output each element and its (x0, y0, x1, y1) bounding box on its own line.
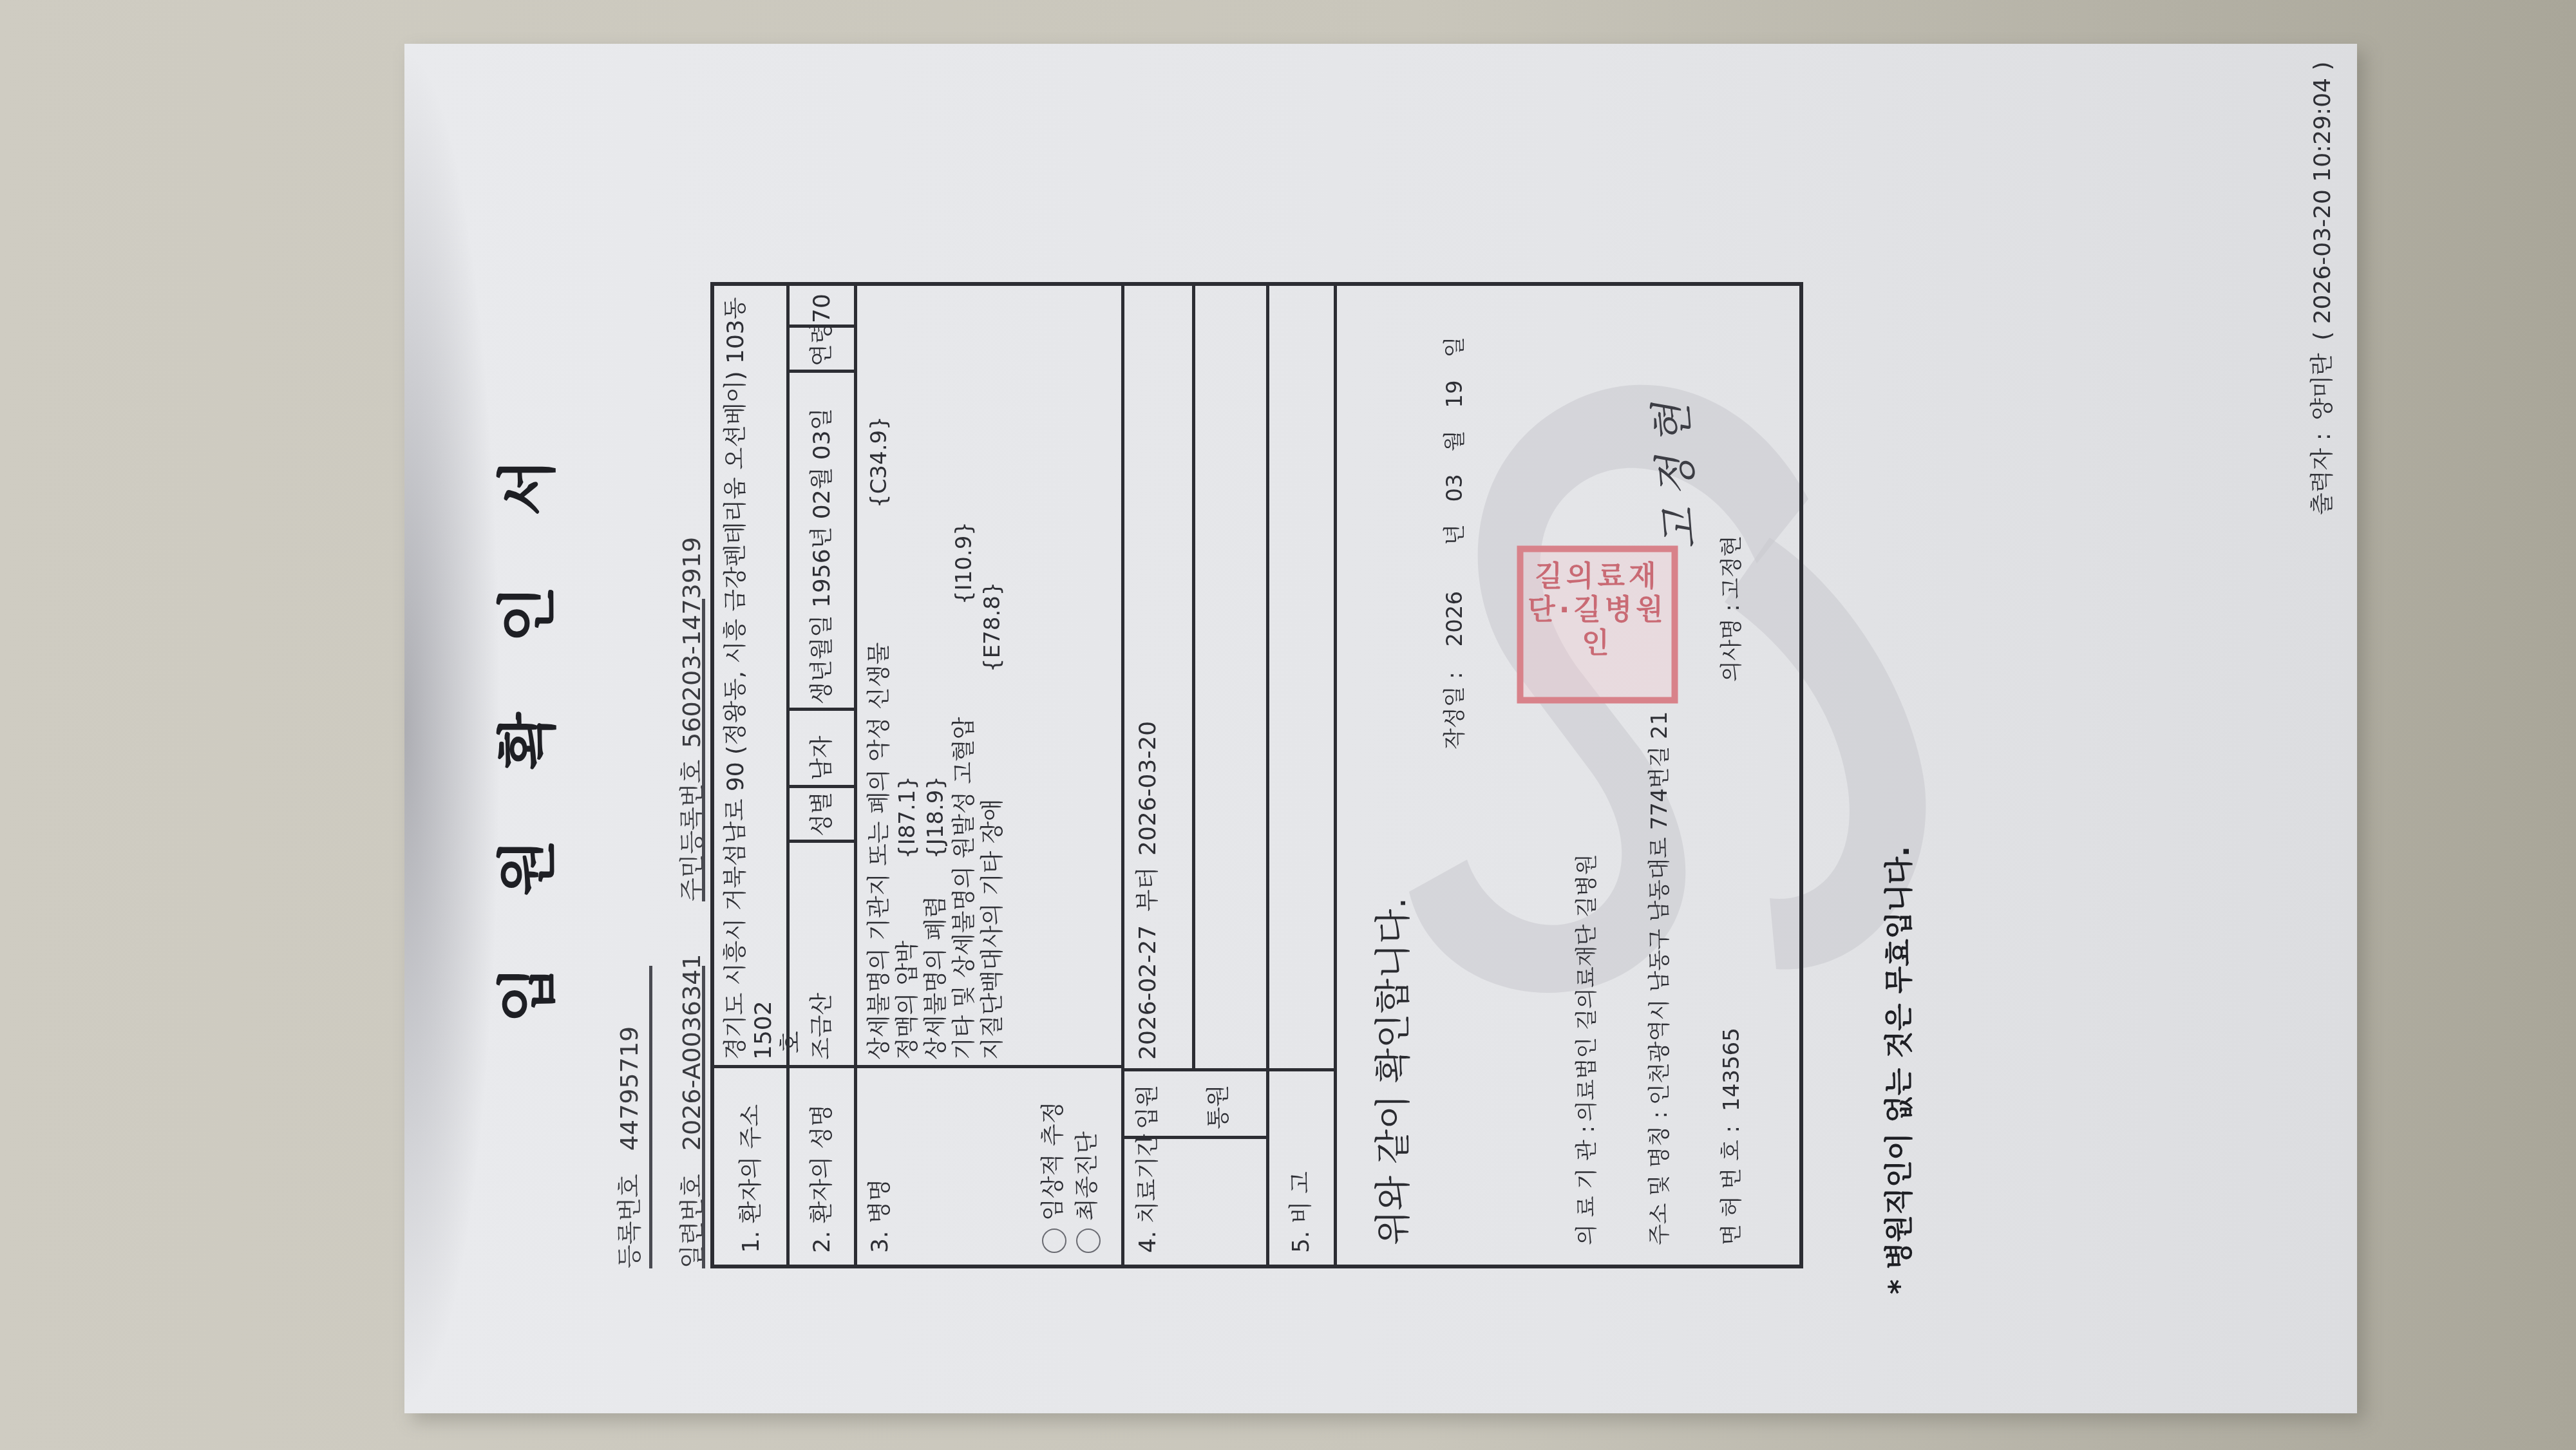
registration-number-label: 등록번호 (615, 1174, 643, 1268)
inpatient-label: 입원 (1134, 1084, 1162, 1129)
registration-underline (649, 966, 652, 1268)
validity-warning: * 병원직인이 없는 것은 무효입니다. (1876, 846, 1917, 1294)
patient-age: 70 (808, 294, 836, 323)
institution-name-label: 의 료 기 관 : (1574, 1125, 1600, 1245)
label-column-divider (714, 1065, 1121, 1068)
institution-address-field: 주소 및 명칭 :인천광역시 남동구 남동대로 774번길 21 (1647, 711, 1673, 1245)
row-divider (1334, 286, 1337, 1265)
from-word: 부터 (1134, 867, 1162, 912)
inpatient-to: 2026-03-20 (1134, 721, 1162, 856)
month-unit: 월 (1442, 430, 1468, 451)
license-number-label: 면 허 번 호 : (1719, 1125, 1745, 1245)
clinical-estimate-radio[interactable] (1042, 1229, 1066, 1253)
diagnosis-item: 기타 및 상세불명의 원발성 고혈압 (951, 294, 979, 1060)
registration-number-field: 등록번호44795719 (609, 1026, 645, 1268)
license-number: 143565 (1719, 1028, 1745, 1111)
row-divider (1266, 286, 1269, 1265)
remarks-label: 5. 비 고 (1287, 1171, 1315, 1253)
clinical-estimate-label: 임상적 추정 (1040, 1102, 1066, 1221)
hospital-seal-text: 길의료재단·길병원인 (1528, 560, 1667, 660)
diagnosis-item: 상세불명의 폐렴 (922, 294, 951, 1060)
inpatient-from: 2026-02-27 (1134, 925, 1162, 1060)
patient-name: 조금산 (808, 993, 836, 1060)
printed-by: 출력자 : 양미란 ( 2026-03-20 10:29:04 ) (2304, 62, 2337, 515)
patient-address-line2: 호 (777, 286, 805, 1060)
issue-date-label: 작성일 : (1442, 672, 1468, 749)
issue-day: 19 (1442, 380, 1468, 408)
doctor-name-label: 의사명 : (1719, 604, 1745, 682)
hospital-seal-stamp: 길의료재단·길병원인 (1517, 546, 1678, 704)
printed-at: ( 2026-03-20 10:29:04 ) (2309, 62, 2336, 341)
patient-address-line1: 경기도 시흥시 거북섬남로 90 (정왕동, 시흥 금강펜테리움 오션베이) 1… (722, 286, 777, 1060)
issue-date: 작성일 : 2026 년 03 월 19 일 (1442, 337, 1468, 749)
year-unit: 년 (1442, 524, 1468, 545)
final-diagnosis-option[interactable]: 최종진단 (1074, 1131, 1101, 1253)
diagnosis-code: {E78.8} (980, 582, 1005, 672)
row-divider (854, 286, 857, 1265)
printed-by-name: 양미란 (2309, 353, 2336, 420)
clinical-estimate-option[interactable]: 임상적 추정 (1039, 1102, 1067, 1253)
outpatient-label: 통원 (1205, 1084, 1233, 1129)
final-diagnosis-radio[interactable] (1076, 1229, 1101, 1253)
admission-certificate-page: 입 원 확 인 서 등록번호44795719 일련번호2026-A0036341… (404, 44, 2357, 1413)
document-title: 입 원 확 인 서 (480, 44, 565, 1413)
diagnosis-code: {I87.1} (895, 776, 920, 859)
resident-id-underline (702, 599, 705, 901)
certificate-table: 1. 환자의 주소 경기도 시흥시 거북섬남로 90 (정왕동, 시흥 금강펜테… (710, 282, 1803, 1268)
diagnosis-item: 정맥의 압박 (894, 294, 922, 1060)
doctor-signature: 고정현 (1636, 390, 1709, 552)
institution-name-field: 의 료 기 관 :의료법인 길의료재단 길병원 (1574, 854, 1600, 1245)
patient-address: 경기도 시흥시 거북섬남로 90 (정왕동, 시흥 금강펜테리움 오션베이) 1… (722, 286, 806, 1060)
doctor-name-field: 의사명 :고정현 (1719, 536, 1745, 682)
row-divider (1121, 286, 1124, 1265)
diagnosis-code: {J18.9} (923, 776, 949, 859)
patient-dob: 1956년 02월 03일 (808, 408, 836, 608)
diagnosis-label: 3. 병명 (866, 1179, 894, 1253)
day-unit: 일 (1442, 337, 1468, 358)
patient-sex: 남자 (808, 735, 836, 780)
license-number-field: 면 허 번 호 :143565 (1719, 1028, 1745, 1245)
diagnosis-code: {I10.9} (951, 522, 977, 605)
dob-label: 생년월일 (808, 615, 836, 704)
sex-label: 성별 (808, 791, 836, 836)
age-label: 연령 (808, 321, 836, 366)
institution-address: 인천광역시 남동구 남동대로 774번길 21 (1647, 711, 1672, 1105)
remarks-label-divider (1266, 1068, 1334, 1071)
printed-by-label: 출력자 : (2309, 433, 2336, 515)
registration-number-value: 44795719 (615, 1026, 643, 1151)
doctor-name: 고정현 (1719, 536, 1745, 599)
serial-underline (702, 966, 705, 1268)
diagnosis-item: 상세불명의 기관지 또는 폐의 악성 신생물 (866, 294, 894, 1060)
institution-name: 의료법인 길의료재단 길병원 (1574, 854, 1600, 1122)
issue-month: 03 (1442, 474, 1468, 502)
name-label: 2. 환자의 성명 (808, 1104, 836, 1253)
treatment-period-label: 4. 치료기간 (1134, 1134, 1162, 1253)
institution-address-label: 주소 및 명칭 : (1647, 1111, 1672, 1245)
diagnosis-item: 지질단백대사의 기타 장애 (979, 294, 1007, 1060)
row-divider (1192, 286, 1195, 1071)
issue-year: 2026 (1442, 591, 1468, 647)
diagnosis-list: 상세불명의 기관지 또는 폐의 악성 신생물 정맥의 압박 상세불명의 폐렴 기… (866, 294, 1007, 1060)
confirmation-text: 위와 같이 확인합니다. (1365, 898, 1416, 1245)
period-sub-divider (1121, 1068, 1266, 1071)
address-label: 1. 환자의 주소 (737, 1104, 765, 1253)
diagnosis-code: {C34.9} (866, 416, 892, 508)
final-diagnosis-label: 최종진단 (1074, 1131, 1101, 1221)
